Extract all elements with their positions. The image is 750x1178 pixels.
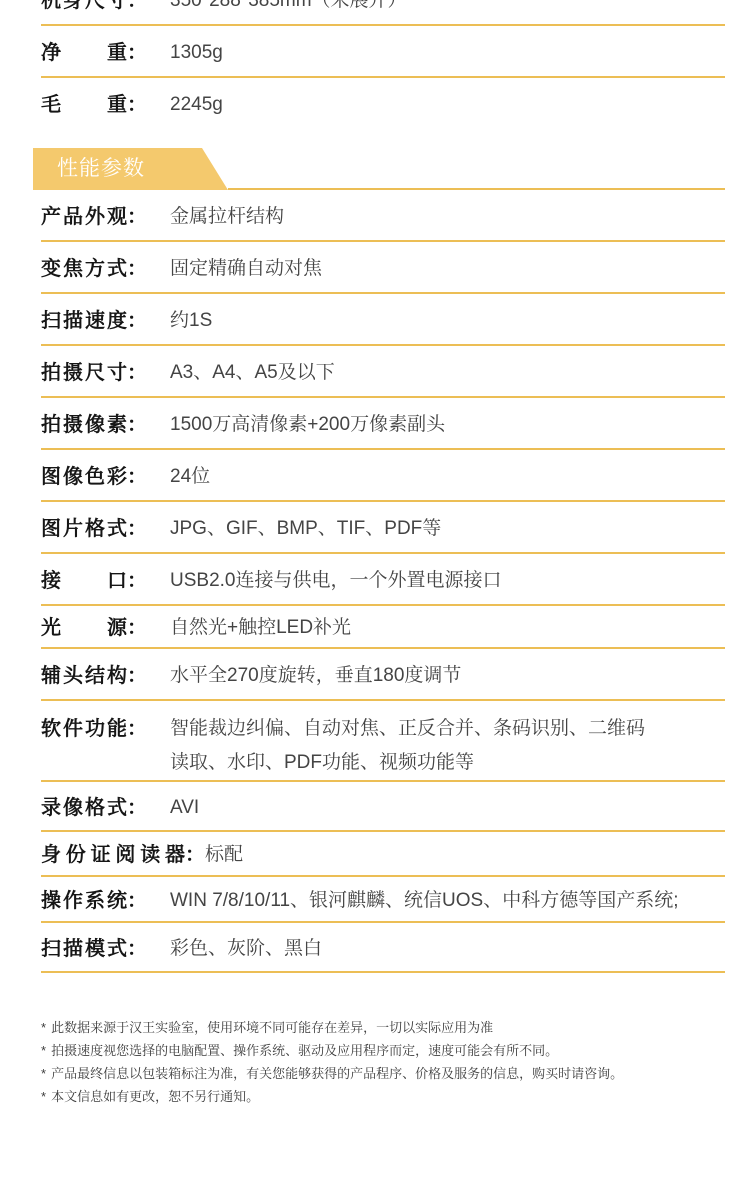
spec-label-text: 辅头结构: [41, 662, 127, 690]
spec-value: WIN 7/8/10/11、银河麒麟、统信UOS、中科方德等国产系统;: [170, 887, 679, 915]
spec-label: 拍摄像素：: [41, 411, 170, 439]
spec-label: 图像色彩：: [41, 463, 170, 491]
spec-value: 24位: [170, 463, 210, 491]
spec-label-colon: ：: [127, 518, 147, 540]
spec-value: 2245g: [170, 91, 223, 119]
spec-label-colon: ：: [127, 414, 147, 436]
spec-row: 辅头结构：水平全270度旋转，垂直180度调节: [41, 649, 725, 701]
footnote-marker: *: [41, 1066, 46, 1081]
spec-label: 产品外观：: [41, 203, 170, 231]
spec-label: 毛重：: [41, 91, 170, 119]
spec-label-colon: ：: [127, 617, 147, 639]
spec-label: 接口：: [41, 567, 170, 595]
spec-value: JPG、GIF、BMP、TIF、PDF等: [170, 515, 441, 543]
footnote-text: 此数据来源于汉王实验室，使用环境不同可能存在差异，一切以实际应用为准: [51, 1020, 493, 1035]
section-header-rule: [228, 188, 725, 190]
spec-value: 金属拉杆结构: [170, 203, 284, 231]
spec-row: 软件功能：智能裁边纠偏、自动对焦、正反合并、条码识别、二维码 读取、水印、PDF…: [41, 701, 725, 782]
spec-row: 接口：USB2.0连接与供电，一个外置电源接口: [41, 554, 725, 606]
spec-label-colon: ：: [127, 206, 147, 228]
spec-value: AVI: [170, 794, 199, 822]
spec-label-text: 扫描模式: [41, 935, 127, 963]
spec-value: 约1S: [170, 307, 212, 335]
spec-label: 操作系统：: [41, 887, 170, 915]
spec-label: 录像格式：: [41, 794, 170, 822]
spec-label-colon: ：: [127, 362, 147, 384]
spec-row: 净重：1305g: [41, 26, 725, 78]
spec-row: 毛重：2245g: [41, 78, 725, 128]
spec-label: 机身尺寸：: [41, 0, 170, 15]
performance-specs-table: 产品外观：金属拉杆结构变焦方式：固定精确自动对焦扫描速度：约1S拍摄尺寸：A3、…: [41, 190, 725, 973]
spec-label-colon: ：: [127, 466, 147, 488]
spec-label-colon: ：: [127, 42, 147, 64]
spec-value: 1500万高清像素+200万像素副头: [170, 411, 445, 439]
footnote-marker: *: [41, 1043, 46, 1058]
spec-label-text: 图像色彩: [41, 463, 127, 491]
spec-row: 光源：自然光+触控LED补光: [41, 606, 725, 649]
section-ribbon: 性能参数: [33, 148, 228, 190]
spec-label-text: 光源: [41, 614, 127, 642]
spec-label-text: 扫描速度: [41, 307, 127, 335]
spec-row: 产品外观：金属拉杆结构: [41, 190, 725, 242]
spec-row: 变焦方式：固定精确自动对焦: [41, 242, 725, 294]
footnote-item: *本文信息如有更改，恕不另行通知。: [41, 1087, 725, 1107]
footnote-item: *产品最终信息以包装箱标注为准，有关您能够获得的产品程序、价格及服务的信息，购买…: [41, 1064, 725, 1084]
spec-row: 机身尺寸：350*288*385mm（未展开）: [41, 0, 725, 26]
section-header: 性能参数: [0, 148, 725, 190]
spec-label-colon: ：: [127, 570, 147, 592]
spec-label-text: 产品外观: [41, 203, 127, 231]
spec-label: 扫描速度：: [41, 307, 170, 335]
footnote-text: 本文信息如有更改，恕不另行通知。: [51, 1089, 259, 1104]
spec-label-text: 机身尺寸: [41, 0, 127, 15]
product-spec-page: { "colors": { "accent_gold": "#ecbe55", …: [0, 0, 750, 1178]
spec-label: 图片格式：: [41, 515, 170, 543]
section-title: 性能参数: [57, 157, 145, 180]
spec-label-text: 操作系统: [41, 887, 127, 915]
spec-label-colon: ：: [127, 258, 147, 280]
spec-value: A3、A4、A5及以下: [170, 359, 335, 387]
spec-row: 图片格式：JPG、GIF、BMP、TIF、PDF等: [41, 502, 725, 554]
spec-label-text: 身份证阅读器: [41, 841, 185, 869]
spec-label: 光源：: [41, 614, 170, 642]
spec-value: 标配: [205, 841, 243, 869]
spec-label-colon: ：: [185, 844, 205, 866]
spec-row: 录像格式：AVI: [41, 782, 725, 832]
spec-row: 操作系统：WIN 7/8/10/11、银河麒麟、统信UOS、中科方德等国产系统;: [41, 877, 725, 923]
spec-value: 350*288*385mm（未展开）: [170, 0, 407, 15]
spec-label-text: 拍摄像素: [41, 411, 127, 439]
spec-label-text: 变焦方式: [41, 255, 127, 283]
spec-value: 水平全270度旋转，垂直180度调节: [170, 662, 461, 690]
spec-row: 身份证阅读器：标配: [41, 832, 725, 877]
spec-row: 扫描模式：彩色、灰阶、黑白: [41, 923, 725, 973]
footnotes-list: *此数据来源于汉王实验室，使用环境不同可能存在差异，一切以实际应用为准*拍摄速度…: [41, 1018, 725, 1107]
footnote-marker: *: [41, 1089, 46, 1104]
spec-label-text: 录像格式: [41, 794, 127, 822]
spec-label: 变焦方式：: [41, 255, 170, 283]
spec-label-text: 拍摄尺寸: [41, 359, 127, 387]
spec-label-text: 净重: [41, 39, 127, 67]
spec-label-colon: ：: [127, 797, 147, 819]
spec-label: 扫描模式：: [41, 935, 170, 963]
spec-row: 拍摄像素：1500万高清像素+200万像素副头: [41, 398, 725, 450]
footnote-text: 产品最终信息以包装箱标注为准，有关您能够获得的产品程序、价格及服务的信息，购买时…: [51, 1066, 623, 1081]
spec-label-colon: ：: [127, 718, 147, 740]
spec-label-colon: ：: [127, 94, 147, 116]
spec-label-colon: ：: [127, 665, 147, 687]
spec-label-text: 接口: [41, 567, 127, 595]
spec-value: 彩色、灰阶、黑白: [170, 935, 322, 963]
spec-label: 身份证阅读器：: [41, 841, 205, 869]
spec-value: 1305g: [170, 39, 223, 67]
spec-row: 拍摄尺寸：A3、A4、A5及以下: [41, 346, 725, 398]
spec-label-text: 软件功能: [41, 712, 127, 746]
spec-value: USB2.0连接与供电，一个外置电源接口: [170, 567, 501, 595]
spec-label-colon: ：: [127, 310, 147, 332]
spec-label-text: 图片格式: [41, 515, 127, 543]
spec-row: 扫描速度：约1S: [41, 294, 725, 346]
spec-label-text: 毛重: [41, 91, 127, 119]
spec-label: 净重：: [41, 39, 170, 67]
footnote-item: *此数据来源于汉王实验室，使用环境不同可能存在差异，一切以实际应用为准: [41, 1018, 725, 1038]
spec-label-colon: ：: [127, 890, 147, 912]
basic-specs-table: 机身尺寸：350*288*385mm（未展开）净重：1305g毛重：2245g: [41, 0, 725, 128]
spec-label: 软件功能：: [41, 712, 170, 746]
spec-label: 辅头结构：: [41, 662, 170, 690]
spec-label-colon: ：: [127, 938, 147, 960]
spec-label: 拍摄尺寸：: [41, 359, 170, 387]
spec-row: 图像色彩：24位: [41, 450, 725, 502]
footnote-marker: *: [41, 1020, 46, 1035]
spec-value: 自然光+触控LED补光: [170, 614, 351, 642]
spec-value: 智能裁边纠偏、自动对焦、正反合并、条码识别、二维码 读取、水印、PDF功能、视频…: [170, 712, 645, 780]
spec-value: 固定精确自动对焦: [170, 255, 322, 283]
footnote-text: 拍摄速度视您选择的电脑配置、操作系统、驱动及应用程序而定，速度可能会有所不同。: [51, 1043, 558, 1058]
spec-label-colon: ：: [127, 0, 147, 12]
footnote-item: *拍摄速度视您选择的电脑配置、操作系统、驱动及应用程序而定，速度可能会有所不同。: [41, 1041, 725, 1061]
